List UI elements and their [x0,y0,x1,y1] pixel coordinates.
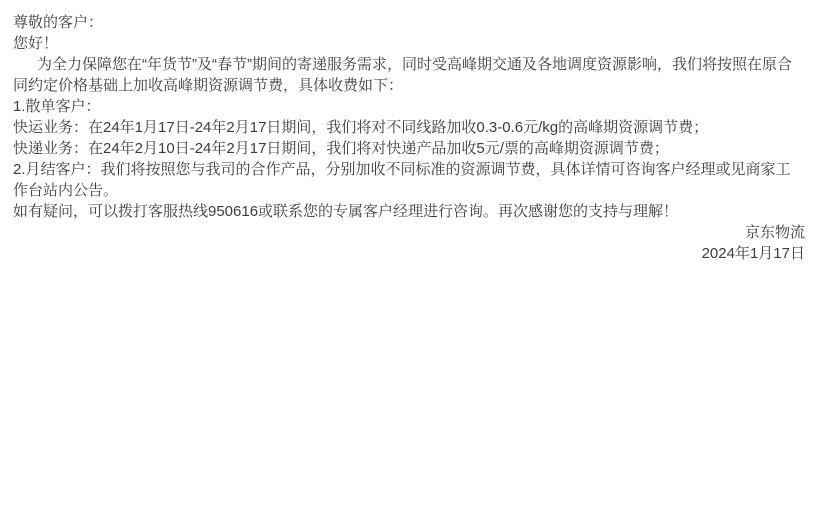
date-line: 2024年1月17日 [13,243,805,264]
freight-service-line: 快运业务：在24年1月17日-24年2月17日期间，我们将对不同线路加收0.3-… [13,117,805,138]
section-heading-casual-customers: 1.散单客户： [13,96,805,117]
greeting-line: 您好！ [13,33,805,54]
signature-company-name: 京东物流 [13,222,805,243]
monthly-customers-line: 2.月结客户：我们将按照您与我司的合作产品，分别加收不同标准的资源调节费，具体详… [13,159,805,201]
closing-line: 如有疑问，可以拨打客服热线950616或联系您的专属客户经理进行咨询。再次感谢您… [13,201,805,222]
express-service-line: 快递业务：在24年2月10日-24年2月17日期间，我们将对快递产品加收5元/票… [13,138,805,159]
intro-paragraph: 为全力保障您在“年货节”及“春节”期间的寄递服务需求，同时受高峰期交通及各地调度… [13,54,805,96]
notice-document: 尊敬的客户： 您好！ 为全力保障您在“年货节”及“春节”期间的寄递服务需求，同时… [0,0,817,522]
salutation-line: 尊敬的客户： [13,12,805,33]
